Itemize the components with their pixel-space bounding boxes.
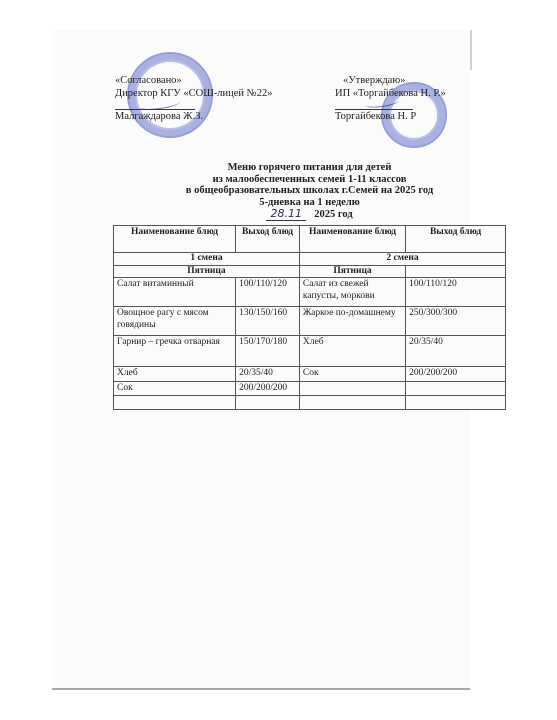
day-label: Пятница: [299, 265, 405, 278]
approval-block-agreed: «Согласовано» Директор КГУ «СОШ-лицей №2…: [115, 74, 272, 123]
dish-name: Овощное рагу с мясом говядины: [114, 307, 236, 336]
title-line: из малообеспеченных семей 1-11 классов: [113, 174, 506, 186]
dish-yield: [406, 381, 506, 396]
column-header: Выход блюд: [236, 226, 300, 253]
page-edge-bottom: [52, 688, 470, 690]
dish-yield: 200/200/200: [236, 381, 300, 396]
dish-yield: 200/200/200: [406, 367, 506, 382]
dish-yield: [406, 396, 506, 410]
table-row: Салат витаминный 100/110/120 Салат из св…: [114, 278, 506, 307]
day-label: Пятница: [114, 265, 300, 278]
approval-signatory: Торгайбекова Н. Р: [335, 110, 446, 123]
dish-name: [299, 396, 405, 410]
dish-name: [299, 381, 405, 396]
dish-name: Салат из свежей капусты, моркови: [299, 278, 405, 307]
shift-row: 1 смена 2 смена: [114, 253, 506, 266]
table-row: Хлеб 20/35/40 Сок 200/200/200: [114, 367, 506, 382]
dish-name: Салат витаминный: [114, 278, 236, 307]
title-line: Меню горячего питания для детей: [113, 162, 506, 174]
approval-status: «Согласовано»: [115, 74, 272, 87]
dish-yield: 100/110/120: [236, 278, 300, 307]
dish-yield: 250/300/300: [406, 307, 506, 336]
column-header: Наименование блюд: [114, 226, 236, 253]
dish-name: Хлеб: [114, 367, 236, 382]
table-row-empty: [114, 396, 506, 410]
column-header: Наименование блюд: [299, 226, 405, 253]
title-line: в общеобразовательных школах г.Семей на …: [113, 185, 506, 197]
document-title: Меню горячего питания для детей из малоо…: [113, 162, 506, 221]
day-row: Пятница Пятница: [114, 265, 506, 278]
dish-name: Жаркое по-домашнему: [299, 307, 405, 336]
dish-yield: [236, 396, 300, 410]
dish-yield: 130/150/160: [236, 307, 300, 336]
dish-yield: 100/110/120: [406, 278, 506, 307]
dish-name: Сок: [299, 367, 405, 382]
approval-status: «Утверждаю»: [335, 74, 446, 87]
approval-signatory: Малгаждарова Ж.З.: [115, 110, 272, 123]
table-header-row: Наименование блюд Выход блюд Наименовани…: [114, 226, 506, 253]
column-header: Выход блюд: [406, 226, 506, 253]
dish-yield: 20/35/40: [236, 367, 300, 382]
title-line: 5-дневка на 1 неделю: [113, 197, 506, 209]
empty-cell: [406, 265, 506, 278]
dish-name: [114, 396, 236, 410]
dish-name: Гарнир – гречка отварная: [114, 336, 236, 367]
date-line: 28.112025 год: [113, 208, 506, 221]
dish-yield: 20/35/40: [406, 336, 506, 367]
approval-position: Директор КГУ «СОШ-лицей №22»: [115, 87, 272, 100]
page-edge: [470, 30, 472, 70]
table-row: Гарнир – гречка отварная 150/170/180 Хле…: [114, 336, 506, 367]
table-row: Овощное рагу с мясом говядины 130/150/16…: [114, 307, 506, 336]
dish-name: Сок: [114, 381, 236, 396]
table-row: Сок 200/200/200: [114, 381, 506, 396]
year-label: 2025 год: [314, 209, 352, 220]
menu-table: Наименование блюд Выход блюд Наименовани…: [113, 225, 506, 410]
handwritten-date: 28.11: [266, 208, 306, 221]
shift-label: 1 смена: [114, 253, 300, 266]
dish-yield: 150/170/180: [236, 336, 300, 367]
shift-label: 2 смена: [299, 253, 505, 266]
dish-name: Хлеб: [299, 336, 405, 367]
